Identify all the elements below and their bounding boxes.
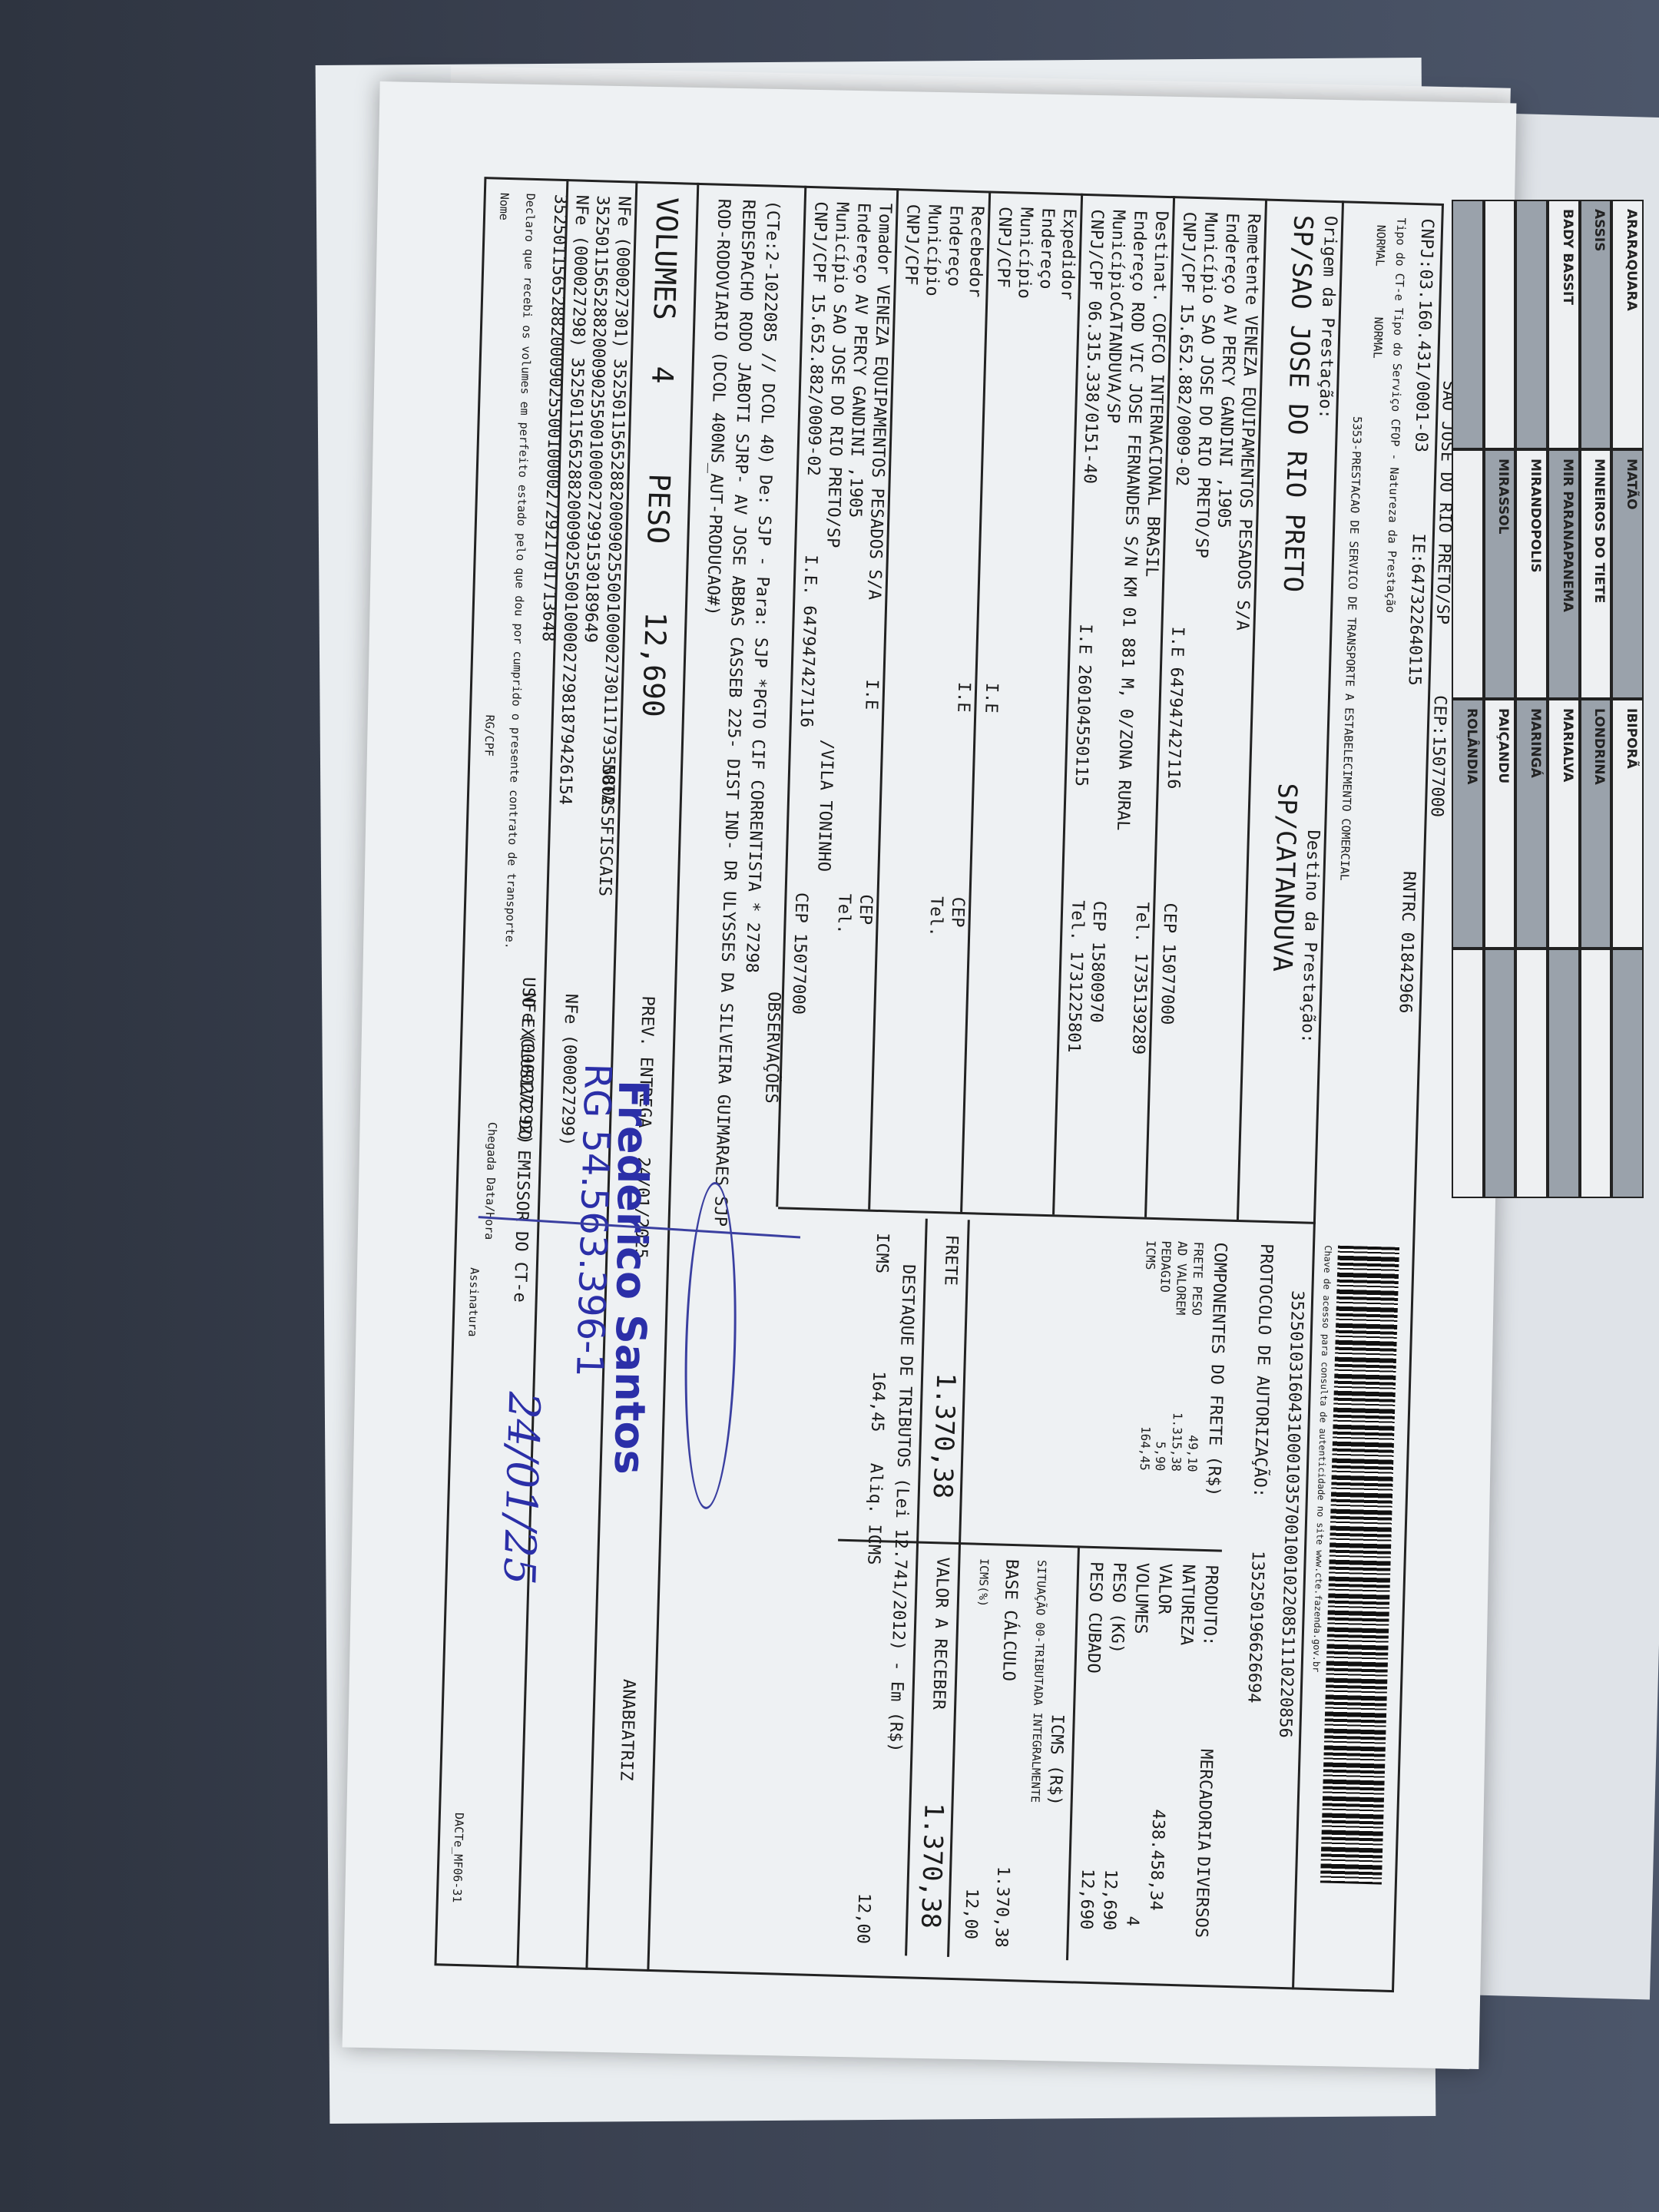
city-cell	[1452, 449, 1484, 699]
city-cell	[1515, 200, 1548, 449]
tipo-servico: NORMAL	[1370, 316, 1386, 359]
city-label: Município	[1198, 212, 1220, 304]
observacoes-title: OBSERVAÇÕES	[760, 992, 784, 1104]
icms-aliq-value: 12,00	[959, 1888, 982, 1939]
destinatario-label: Destinat.	[1149, 210, 1171, 303]
destination-value: SP/CATANDUVA	[1266, 783, 1303, 972]
destinatario-city: CATANDUVA/SP	[1103, 301, 1125, 424]
icms-aliq-label: ICMS(%)	[975, 1558, 992, 1608]
rntrc: RNTRC 01842966	[1394, 871, 1419, 1014]
cnpj-label: CNPJ/CPF	[809, 201, 830, 283]
peso-value: 12,690	[1098, 1869, 1121, 1930]
ie-label: I.E	[1075, 624, 1094, 654]
issuer-cep: CEP:15077000	[1426, 695, 1450, 818]
form-code: DACTe_MF06-31	[449, 1813, 466, 1903]
tributos-icms-value: 164,45	[866, 1371, 889, 1432]
address-label: Endereço	[852, 203, 873, 285]
freight-component-label: AD VALOREM	[1172, 1241, 1190, 1316]
city-label: Município	[829, 202, 851, 294]
origin-value: SP/SAO JOSE DO RIO PRETO	[1276, 214, 1319, 592]
summary-peso-label: PESO	[639, 473, 677, 545]
base-calculo-label: BASE CÁLCULO	[998, 1559, 1022, 1682]
rg-label: RG/CPF	[482, 714, 497, 757]
city-label: Município	[1013, 207, 1037, 299]
receiver-name: ANABEATRIZ	[615, 1679, 639, 1781]
expedidor-label: Expedidor	[1056, 208, 1080, 300]
tomador-ie: 647947427116	[796, 605, 819, 728]
ie-label: I.E	[860, 679, 882, 710]
recebedor-label: Recebedor	[964, 206, 988, 298]
summary-volumes-label: VOLUMES	[645, 197, 685, 320]
tributos-aliq-label: Aliq. ICMS	[863, 1463, 886, 1565]
dacte-document: CNPJ:03.160.431/0001-03 IE:647322640115 …	[434, 177, 1444, 1992]
summary-peso-value: 12,690	[634, 611, 673, 718]
issuer-cnpj: CNPJ:03.160.431/0001-03	[1409, 218, 1437, 452]
cnpj-label: CNPJ/CPF	[899, 204, 922, 286]
city-route-table: ARARAQUARAMATÃOIBIPORÃASSISMINEIROS DO T…	[1452, 200, 1644, 1198]
city-cell	[1580, 949, 1612, 1198]
cep-label: CEP	[1159, 902, 1179, 933]
frete-label: FRETE	[939, 1234, 962, 1286]
tributos-icms-label: ICMS	[870, 1233, 892, 1274]
cnpj-label: CNPJ/CPF	[992, 207, 1015, 289]
tel-label: Tel.	[1067, 900, 1087, 942]
city-cell	[1452, 200, 1484, 449]
tomador-cep: 15077000	[788, 933, 810, 1015]
city-cell: LONDRINA	[1580, 699, 1612, 949]
tributos-aliq-value: 12,00	[852, 1892, 874, 1944]
city-cell: BADY BASSIT	[1548, 200, 1580, 449]
nome-label: Nome	[496, 193, 512, 221]
cep-label: CEP	[791, 892, 811, 923]
ie-label: I.E.	[800, 555, 820, 596]
remetente-label: Remetente	[1241, 214, 1263, 306]
cnpj-label: CNPJ/CPF	[1085, 209, 1107, 291]
destinatario-cnpj: 06.315.338/0151-40	[1080, 300, 1104, 484]
city-cell: MIR PARANAPANEMA	[1548, 449, 1580, 699]
handwritten-date: 24/01/25	[491, 1391, 550, 1585]
city-cell: PAIÇANDU	[1484, 699, 1516, 949]
protocol-value: 135250196626694	[1243, 1551, 1268, 1704]
city-cell	[1548, 949, 1580, 1198]
destinatario-ie: 260104550115	[1071, 664, 1094, 787]
tipo-cte: NORMAL	[1373, 224, 1388, 267]
valor-receber-label: VALOR A RECEBER	[927, 1557, 952, 1710]
summary-volumes-value: 4	[644, 366, 680, 384]
address-label: Endereço	[1035, 207, 1058, 290]
icms-title: ICMS (R$)	[1044, 1714, 1068, 1806]
nfe-list: NFe (000027301) 352501156528820009025500…	[532, 194, 634, 826]
peso-cubado-label: PESO CUBADO	[1082, 1561, 1107, 1674]
ie-label: I.E	[952, 681, 975, 713]
destinatario-tel: 1731225801	[1064, 951, 1086, 1053]
assinatura-label: Assinatura	[465, 1267, 482, 1337]
city-cell	[1611, 949, 1644, 1198]
valor-label: VALOR	[1153, 1563, 1175, 1614]
city-label: Município	[921, 204, 945, 296]
cep-label: CEP	[854, 894, 876, 926]
city-cell: ROLÂNDIA	[1452, 699, 1484, 949]
tomador-bairro: /VILA TONINHO	[813, 739, 837, 872]
remetente-ie: 647947427116	[1164, 667, 1186, 790]
tel-label: Tel.	[833, 893, 855, 935]
city-cell	[1484, 200, 1516, 449]
destinatario-cep: 15800970	[1086, 941, 1108, 1023]
address-label: Endereço	[942, 205, 965, 287]
tipo-label: Tipo do CT-e Tipo do Serviço CFOP - Natu…	[1382, 217, 1408, 613]
remetente-cnpj: 15.652.882/0009-02	[1172, 303, 1197, 487]
peso-cubado-value: 12,690	[1075, 1868, 1098, 1929]
barcode	[1320, 1246, 1399, 1885]
protocol-label: PROTOCOLO DE AUTORIZAÇÃO:	[1248, 1243, 1277, 1498]
freight-component-value: 49,10	[1184, 1435, 1200, 1472]
cargo-section: COMPONENTES DO FRETE (R$) FRETE PESO49,1…	[757, 1214, 1231, 1964]
ie-label: I.E	[1167, 626, 1187, 657]
chegada-label: Chegada Data/Hora	[482, 1122, 499, 1240]
mercadoria-label: MERCADORIA	[1193, 1749, 1217, 1851]
base-calculo-value: 1.370,38	[990, 1866, 1013, 1948]
cep-label: CEP	[1088, 900, 1108, 931]
city-cell: ARARAQUARA	[1611, 200, 1644, 449]
natureza-value: DIVERSOS	[1190, 1856, 1213, 1939]
ie-label: I.E	[980, 682, 1002, 714]
frete-value: 1.370,38	[926, 1373, 962, 1499]
freight-component-label: ICMS	[1141, 1240, 1158, 1270]
freight-component-value: 1.315,38	[1167, 1412, 1185, 1472]
volumes-value: 4	[1121, 1916, 1143, 1926]
city-cell: MARINGÁ	[1515, 699, 1548, 949]
produto-label: PRODUTO:	[1198, 1565, 1221, 1647]
valor-receber-value: 1.370,38	[914, 1803, 950, 1929]
city-cell: IBIPORÃ	[1611, 699, 1644, 949]
city-cell	[1484, 949, 1516, 1198]
freight-components-list: FRETE PESO49,10AD VALOREM1.315,38PEDAGIO…	[1136, 1240, 1207, 1472]
freight-component-label: FRETE PESO	[1188, 1241, 1206, 1316]
tomador-cnpj: 15.652.882/0009-02	[803, 293, 828, 476]
city-cell	[1515, 949, 1548, 1198]
peso-label: PESO (KG)	[1106, 1561, 1130, 1654]
address-label: Endereço	[1128, 210, 1150, 293]
volumes-label: VOLUMES	[1129, 1562, 1152, 1634]
city-cell: MATÃO	[1611, 449, 1644, 699]
freight-component-value: 5,90	[1151, 1441, 1168, 1471]
natureza-label: NATUREZA	[1175, 1564, 1198, 1646]
city-cell: MIRASSOL	[1484, 449, 1516, 699]
cfop: 5353-PRESTACAO DE SERVICO DE TRANSPORTE …	[1337, 416, 1365, 881]
address-label: Endereço	[1220, 213, 1242, 295]
remetente-tel: Tel. 1735139289	[1127, 902, 1152, 1055]
city-cell: MIRANDOPOLIS	[1515, 449, 1548, 699]
access-key: 3525010316043100010357001001022085111022…	[1274, 1290, 1308, 1738]
city-cell	[1452, 949, 1484, 1198]
tomador-label: Tomador	[873, 203, 895, 274]
cnpj-label: CNPJ/CPF	[1177, 211, 1199, 293]
tel-label: Tel.	[925, 896, 947, 938]
freight-component-value: 164,45	[1136, 1426, 1153, 1471]
stamp-rg: RG 54.563.396-1	[566, 1063, 621, 1378]
valor-value: 438.458,34	[1144, 1809, 1168, 1911]
cep-label: CEP	[946, 896, 969, 928]
city-label: Município	[1106, 210, 1128, 302]
city-cell: MARIALVA	[1548, 699, 1580, 949]
city-cell: ASSIS	[1580, 200, 1612, 449]
remetente-cep: 15077000	[1157, 943, 1178, 1025]
issuer-ie: IE:647322640115	[1403, 533, 1429, 686]
freight-component-label: PEDAGIO	[1157, 1240, 1174, 1293]
city-cell: MINEIROS DO TIETE	[1580, 449, 1612, 699]
